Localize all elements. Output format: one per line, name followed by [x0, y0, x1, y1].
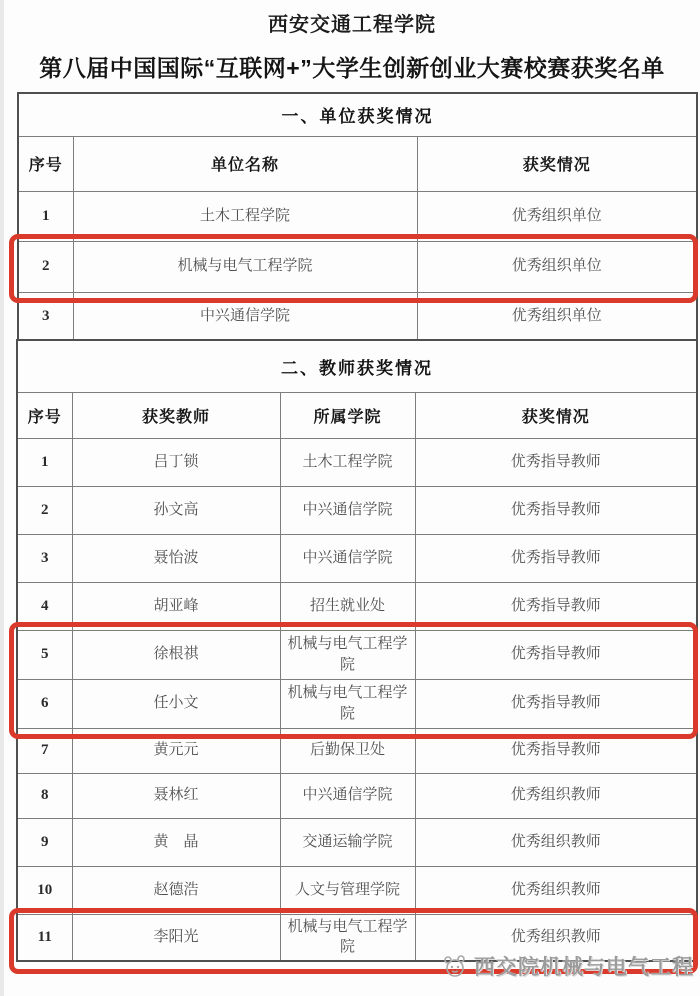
watermark: 西交院机械与电气工程	[441, 951, 694, 981]
award-cell: 优秀指导教师	[415, 486, 697, 534]
section-heading: 二、教师获奖情况	[17, 340, 697, 392]
table-row: 8聂林红中兴通信学院优秀组织教师	[17, 773, 697, 818]
college-cell: 中兴通信学院	[280, 773, 415, 818]
serial-cell: 3	[17, 534, 72, 582]
table-row: 1吕丁锁土木工程学院优秀指导教师	[17, 438, 697, 486]
serial-cell: 9	[17, 818, 72, 866]
mascot-logo-icon	[441, 952, 469, 980]
section-heading-row: 二、教师获奖情况	[17, 340, 697, 392]
document-page: 西安交通工程学院 第八届中国国际“互联网+”大学生创新创业大赛校赛获奖名单 一、…	[0, 0, 700, 996]
college-cell: 中兴通信学院	[280, 534, 415, 582]
teacher-name-cell: 孙文高	[72, 486, 280, 534]
highlight-box-teacher-rows-5-6	[9, 622, 698, 739]
column-header: 所属学院	[280, 392, 415, 438]
serial-cell: 2	[17, 486, 72, 534]
watermark-text: 西交院机械与电气工程	[474, 951, 694, 981]
serial-cell: 8	[17, 773, 72, 818]
page-subtitle: 第八届中国国际“互联网+”大学生创新创业大赛校赛获奖名单	[4, 50, 700, 83]
college-cell: 人文与管理学院	[280, 866, 415, 914]
page-title: 西安交通工程学院	[4, 8, 700, 37]
award-cell: 优秀指导教师	[415, 438, 697, 486]
teacher-name-cell: 黄 晶	[72, 818, 280, 866]
column-header-row: 序号单位名称获奖情况	[18, 136, 697, 191]
serial-cell: 1	[17, 438, 72, 486]
column-header: 单位名称	[73, 136, 417, 191]
serial-cell: 10	[17, 866, 72, 914]
table-row: 9黄 晶交通运输学院优秀组织教师	[17, 818, 697, 866]
unit-awards-table: 一、单位获奖情况序号单位名称获奖情况1土木工程学院优秀组织单位2机械与电气工程学…	[17, 92, 698, 341]
table-row: 10赵德浩人文与管理学院优秀组织教师	[17, 866, 697, 914]
teacher-name-cell: 聂林红	[72, 773, 280, 818]
column-header: 获奖情况	[417, 136, 697, 191]
teacher-name-cell: 赵德浩	[72, 866, 280, 914]
award-cell: 优秀组织教师	[415, 818, 697, 866]
award-cell: 优秀组织教师	[415, 773, 697, 818]
highlight-box-unit-row-2	[9, 234, 698, 303]
column-header: 获奖情况	[415, 392, 697, 438]
column-header: 序号	[17, 392, 72, 438]
college-cell: 交通运输学院	[280, 818, 415, 866]
column-header: 序号	[18, 136, 73, 191]
table-row: 2孙文高中兴通信学院优秀指导教师	[17, 486, 697, 534]
section-heading-row: 一、单位获奖情况	[18, 93, 697, 136]
award-cell: 优秀指导教师	[415, 534, 697, 582]
teacher-name-cell: 吕丁锁	[72, 438, 280, 486]
column-header-row: 序号获奖教师所属学院获奖情况	[17, 392, 697, 438]
section-heading: 一、单位获奖情况	[18, 93, 697, 136]
column-header: 获奖教师	[72, 392, 280, 438]
college-cell: 中兴通信学院	[280, 486, 415, 534]
table-row: 3聂怡波中兴通信学院优秀指导教师	[17, 534, 697, 582]
teacher-name-cell: 聂怡波	[72, 534, 280, 582]
college-cell: 土木工程学院	[280, 438, 415, 486]
award-cell: 优秀组织教师	[415, 866, 697, 914]
